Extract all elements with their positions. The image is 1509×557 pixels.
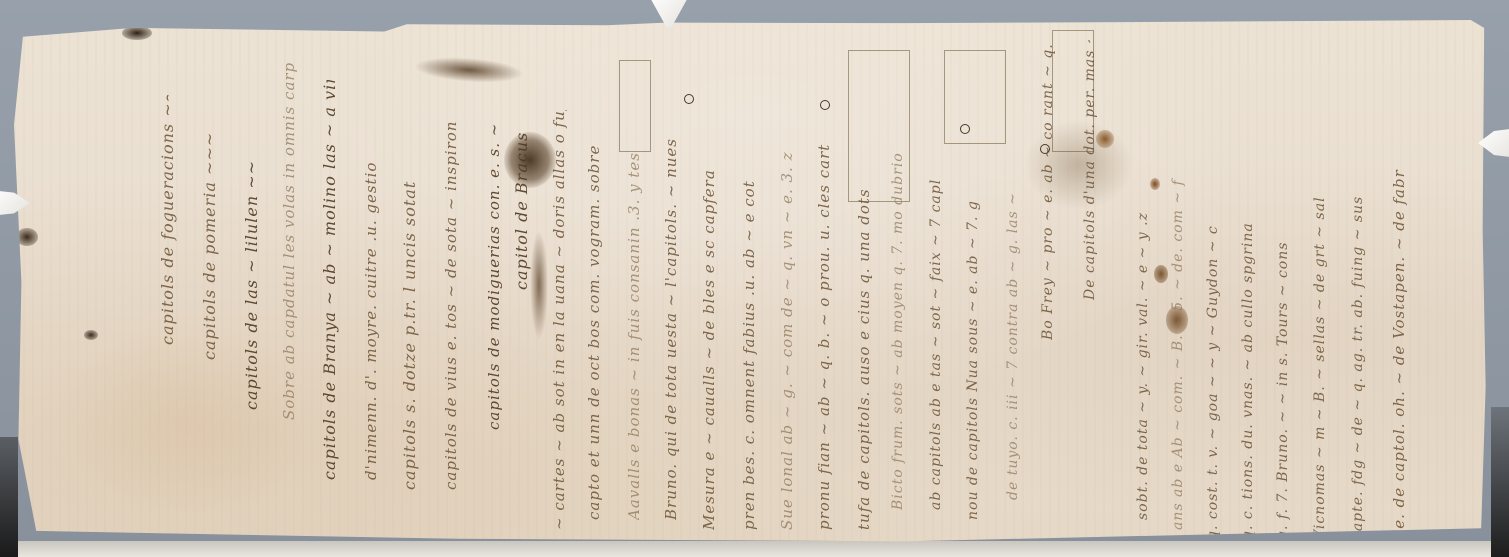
ink-smudge-upper [413, 54, 524, 86]
right-dark-corner [1491, 407, 1509, 557]
handwritten-line: sobt. de tota ~ y. ~ gir. val. ~ e ~ y .… [1135, 160, 1151, 520]
ink-smudge-vertical [530, 230, 548, 340]
ring-mark-2 [820, 100, 830, 110]
ink-spot-left-lower [84, 330, 98, 340]
handwritten-line: De capitols d'una dot. per. mas ~ [1082, 40, 1098, 300]
left-dark-corner [0, 437, 18, 557]
handwritten-line: capitol de Bracus [512, 100, 531, 290]
handwritten-line: tufa de capitols. auso e cius q. una dot… [855, 110, 873, 530]
handwritten-line: capitols de pomeria ~~~ [200, 120, 219, 360]
handwritten-line: ab capitols ab e tas ~ sot ~ faix ~ 7 ca… [928, 60, 944, 510]
handwritten-line: Mesura e ~ caualls ~ de bles e sc capfer… [700, 110, 718, 530]
handwritten-line: ~ cartes ~ ab sot in en la uana ~ doris … [550, 110, 568, 530]
handwritten-line: Aavalls e bonas ~ in fuis consanin .3. y… [625, 90, 643, 520]
handwritten-line: q. f. 7. Bruno. ~ ~ in s. Tours ~ cons [1275, 160, 1291, 540]
handwritten-line: d'nimenn. d'. moyre. cuitre .u. gestio [362, 100, 380, 480]
handwritten-line: nou de capitols Nua sous ~ e. ab ~ 7. g [965, 50, 981, 520]
rust-spot-mid-1 [1154, 265, 1168, 283]
handwritten-line: de tuyo. c. iii ~ 7 contra ab ~ g. las ~ [1005, 60, 1021, 500]
handwritten-line: capitols de las ~ lilulen ~~ [242, 130, 261, 410]
handwritten-line: Bo Frey ~ pro ~ e. ab ~ co rant ~ q. g [1040, 40, 1056, 340]
handwritten-line: Sue lonal ab ~ g. ~ com de ~ q. vn ~ e. … [778, 110, 796, 530]
handwritten-line: capitols s. dotze p.tr. l uncis sotat [400, 110, 419, 490]
handwritten-line: pren bes. c. omnent fabius .u. ab ~ e co… [740, 110, 758, 530]
handwritten-line: q. cost. t. v. ~ goa ~ ~ y ~ Guydon ~ c [1205, 160, 1221, 540]
handwritten-line: Vicnomas ~ m ~ B. ~ sellas ~ de grt ~ sa… [1312, 160, 1328, 540]
foxing-lower-left [54, 320, 314, 520]
handwritten-line: capitols de fogueracions ~~~~ [158, 95, 177, 345]
handwritten-line: nge. de captol. oh. ~ de Vostapen. ~ de … [1390, 150, 1408, 550]
handwritten-line: capte. fdg ~ de ~ q. ag. tr. ab. fuing ~… [1350, 160, 1366, 540]
handwritten-line: pronu fian ~ ab ~ q. b. ~ o prou. u. cle… [815, 110, 833, 530]
handwritten-line: capto et unn de oct bos com. vogram. sob… [585, 90, 603, 520]
handwritten-line: ans ab e Ab ~ com. ~ B. ~ 5. ~ de. com ~… [1170, 170, 1186, 530]
handwritten-line: capitols de Branya ~ ab ~ molino las ~ a… [320, 80, 339, 480]
handwritten-line: q. c. tions. du. vnas. ~ ab cullo spgrin… [1240, 160, 1256, 540]
bottom-light-strip [0, 541, 1509, 557]
manuscript-paper: capitols de fogueracions ~~~~capitols de… [14, 20, 1496, 544]
rust-spot-small [1150, 178, 1160, 190]
rust-spot-upper-right [1096, 130, 1114, 148]
handwritten-line: Sobre ab capdatul les volas in omnis car… [280, 40, 298, 420]
handwritten-line: capitols de vius e. tos ~ de sota ~ insp… [442, 110, 460, 490]
handwritten-line: Bicto frum. sots ~ ab moyen q. 7. mo dub… [890, 50, 906, 510]
handwritten-line: capitols de modiguerias con. e. s. ~ [485, 70, 503, 430]
ring-mark-1 [684, 94, 694, 104]
handwritten-line: Bruno. qui de tota uesta ~ l'capitols. ~… [662, 90, 680, 520]
